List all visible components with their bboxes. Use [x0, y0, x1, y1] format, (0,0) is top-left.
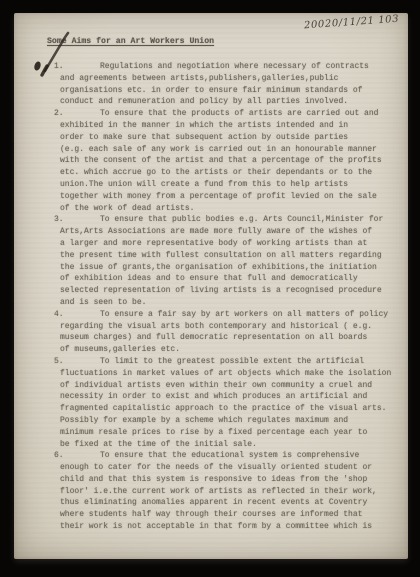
item-number: 3. — [54, 214, 64, 226]
archive-reference-handwriting: 20020/11/21 103 — [303, 14, 399, 32]
photo-background: 20020/11/21 103 Some Aims for an Art Wor… — [0, 0, 420, 577]
item-number: 6. — [54, 450, 64, 462]
item-text: To ensure that public bodies e.g. Arts C… — [60, 214, 404, 308]
aims-list: 1.Regulations and negotiation where nece… — [14, 61, 408, 533]
item-text: To limit to the greatest possible extent… — [60, 356, 404, 450]
item-text: To ensure a fair say by art workers on a… — [60, 309, 404, 356]
item-text: To ensure that the products of artists a… — [60, 108, 404, 214]
item-number: 2. — [54, 108, 64, 120]
document-page: 20020/11/21 103 Some Aims for an Art Wor… — [14, 13, 408, 559]
list-item-4: 4.To ensure a fair say by art workers on… — [60, 309, 404, 356]
item-number: 1. — [54, 61, 64, 73]
item-number: 4. — [54, 309, 64, 321]
list-item-1: 1.Regulations and negotiation where nece… — [60, 61, 404, 108]
document-title: Some Aims for an Art Workers Union — [47, 37, 214, 46]
item-text: Regulations and negotiation where necess… — [60, 61, 404, 108]
item-number: 5. — [54, 356, 64, 368]
list-item-6: 6.To ensure that the educational system … — [60, 450, 404, 533]
list-item-5: 5.To limit to the greatest possible exte… — [60, 356, 404, 450]
list-item-2: 2.To ensure that the products of artists… — [60, 108, 404, 214]
list-item-3: 3.To ensure that public bodies e.g. Arts… — [60, 214, 404, 308]
item-text: To ensure that the educational system is… — [60, 450, 404, 533]
